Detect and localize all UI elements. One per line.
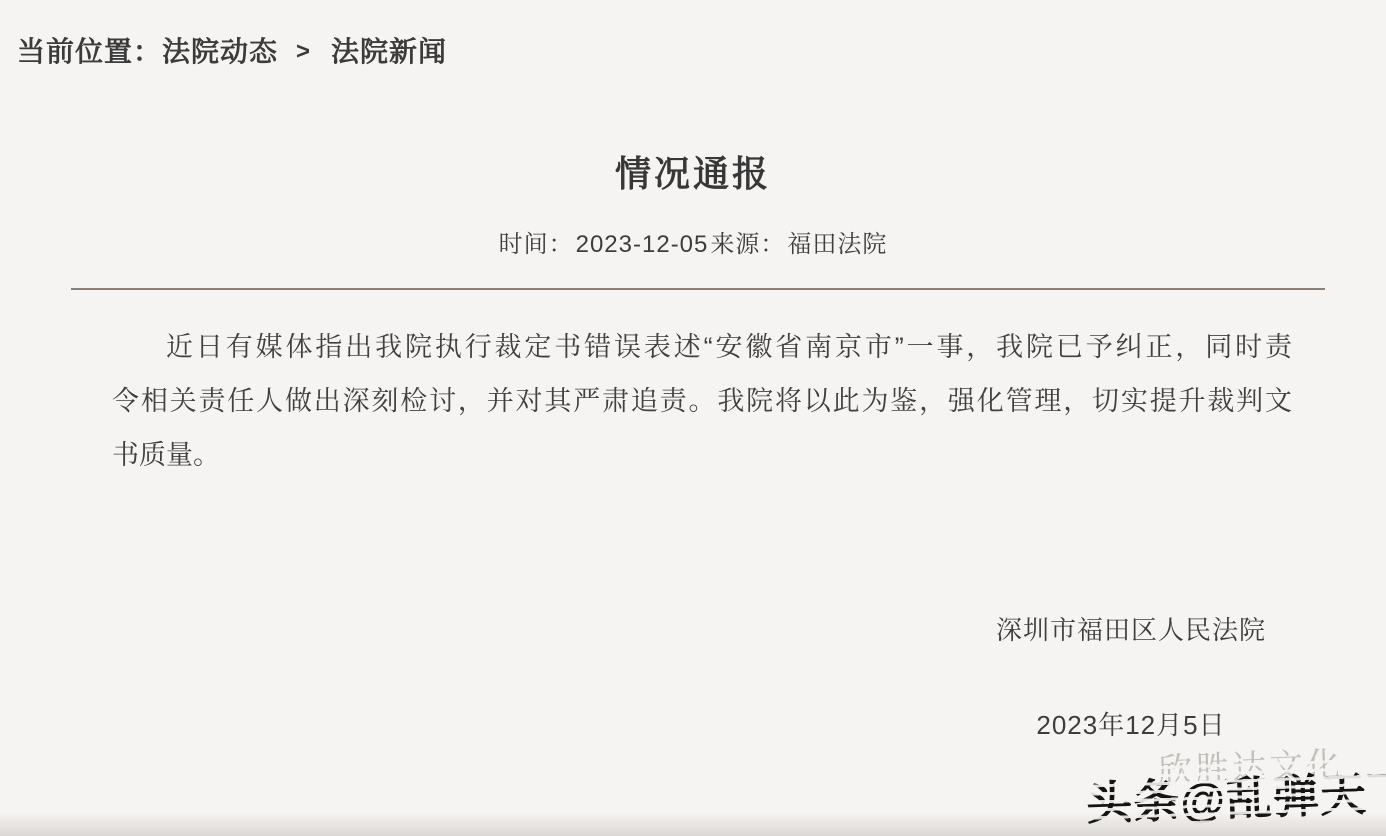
paragraph-line-1: 近日有媒体指出我院执行裁定书错误表述“安徽省南京市”一事，我院已予纠正，同时责: [112, 320, 1292, 374]
meta-source-label: 来源：: [710, 231, 785, 258]
meta-source-value: 福田法院: [787, 231, 887, 258]
breadcrumb: 当前位置：法院动态>法院新闻: [17, 30, 447, 70]
signature-date: 2023年12月5日: [988, 705, 1274, 742]
watermark-toutiao-handle: 头条@乱弹天下: [1085, 756, 1386, 833]
header-divider: [71, 288, 1325, 290]
article-title: 情况通报: [0, 146, 1386, 197]
breadcrumb-prefix: 当前位置：: [17, 36, 162, 67]
meta-time-label: 时间：: [499, 231, 574, 258]
signature-court-name: 深圳市福田区人民法院: [988, 610, 1274, 647]
paragraph-line-2: 令相关责任人做出深刻检讨，并对其严肃追责。我院将以此为鉴，强化管理，切实提升裁判…: [112, 374, 1292, 428]
signature-block: 深圳市福田区人民法院 2023年12月5日: [988, 610, 1274, 742]
court-notice-page: 当前位置：法院动态>法院新闻 情况通报 时间：2023-12-05来源：福田法院…: [0, 0, 1386, 836]
article-meta: 时间：2023-12-05来源：福田法院: [0, 224, 1386, 259]
paragraph-line-3: 书质量。: [112, 428, 1292, 482]
article-body: 近日有媒体指出我院执行裁定书错误表述“安徽省南京市”一事，我院已予纠正，同时责 …: [112, 320, 1292, 482]
breadcrumb-separator-icon: >: [296, 38, 311, 66]
breadcrumb-link-court-dynamics[interactable]: 法院动态: [162, 36, 278, 67]
meta-time-value: 2023-12-05: [576, 231, 709, 258]
breadcrumb-link-court-news[interactable]: 法院新闻: [331, 36, 447, 67]
